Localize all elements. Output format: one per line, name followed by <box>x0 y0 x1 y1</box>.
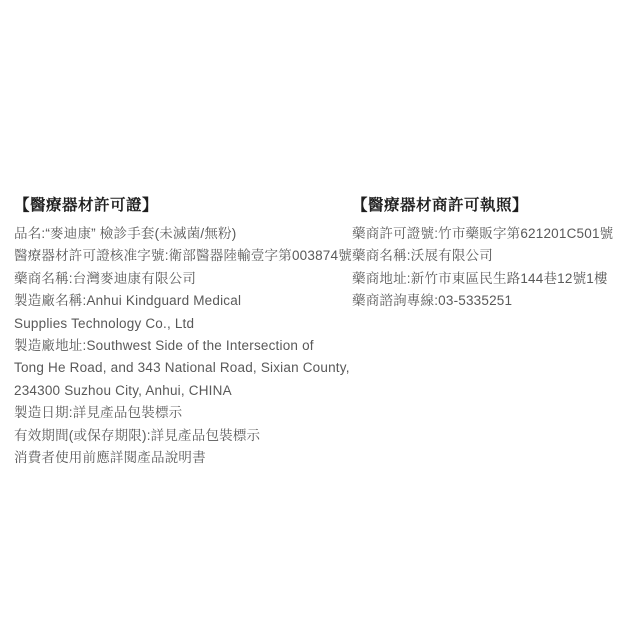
manufacture-date-line: 製造日期:詳見產品包裝標示 <box>14 402 346 424</box>
expiry-period-line: 有效期間(或保存期限):詳見產品包裝標示 <box>14 425 346 447</box>
manufacturer-address-line-2: Tong He Road, and 343 National Road, Six… <box>14 357 346 379</box>
manufacturer-address-line-1: 製造廠地址:Southwest Side of the Intersection… <box>14 335 346 357</box>
product-license-info-panel: 【醫療器材許可證】 品名:“麥迪康” 檢診手套(未滅菌/無粉) 醫療器材許可證核… <box>0 0 640 640</box>
dealer-license-heading: 【醫療器材商許可執照】 <box>352 196 638 215</box>
distributor-name-line: 藥商名稱:台灣麥迪康有限公司 <box>14 268 346 290</box>
dealer-license-number-line: 藥商許可證號:竹市藥販字第621201C501號 <box>352 223 638 245</box>
dealer-name-line: 藥商名稱:沃展有限公司 <box>352 245 638 267</box>
dealer-address-line: 藥商地址:新竹市東區民生路144巷12號1樓 <box>352 268 638 290</box>
consumer-notice-line: 消費者使用前應詳閱產品說明書 <box>14 447 346 469</box>
license-approval-number-line: 醫療器材許可證核准字號:衛部醫器陸輸壹字第003874號 <box>14 245 346 267</box>
dealer-hotline-line: 藥商諮詢專線:03-5335251 <box>352 290 638 312</box>
product-name-line: 品名:“麥迪康” 檢診手套(未滅菌/無粉) <box>14 223 346 245</box>
medical-device-license-section: 【醫療器材許可證】 品名:“麥迪康” 檢診手套(未滅菌/無粉) 醫療器材許可證核… <box>14 196 346 469</box>
manufacturer-name-line-2: Supplies Technology Co., Ltd <box>14 313 346 335</box>
medical-device-license-heading: 【醫療器材許可證】 <box>14 196 346 215</box>
manufacturer-name-line-1: 製造廠名稱:Anhui Kindguard Medical <box>14 290 346 312</box>
manufacturer-address-line-3: 234300 Suzhou City, Anhui, CHINA <box>14 380 346 402</box>
dealer-license-section: 【醫療器材商許可執照】 藥商許可證號:竹市藥販字第621201C501號 藥商名… <box>352 196 638 313</box>
